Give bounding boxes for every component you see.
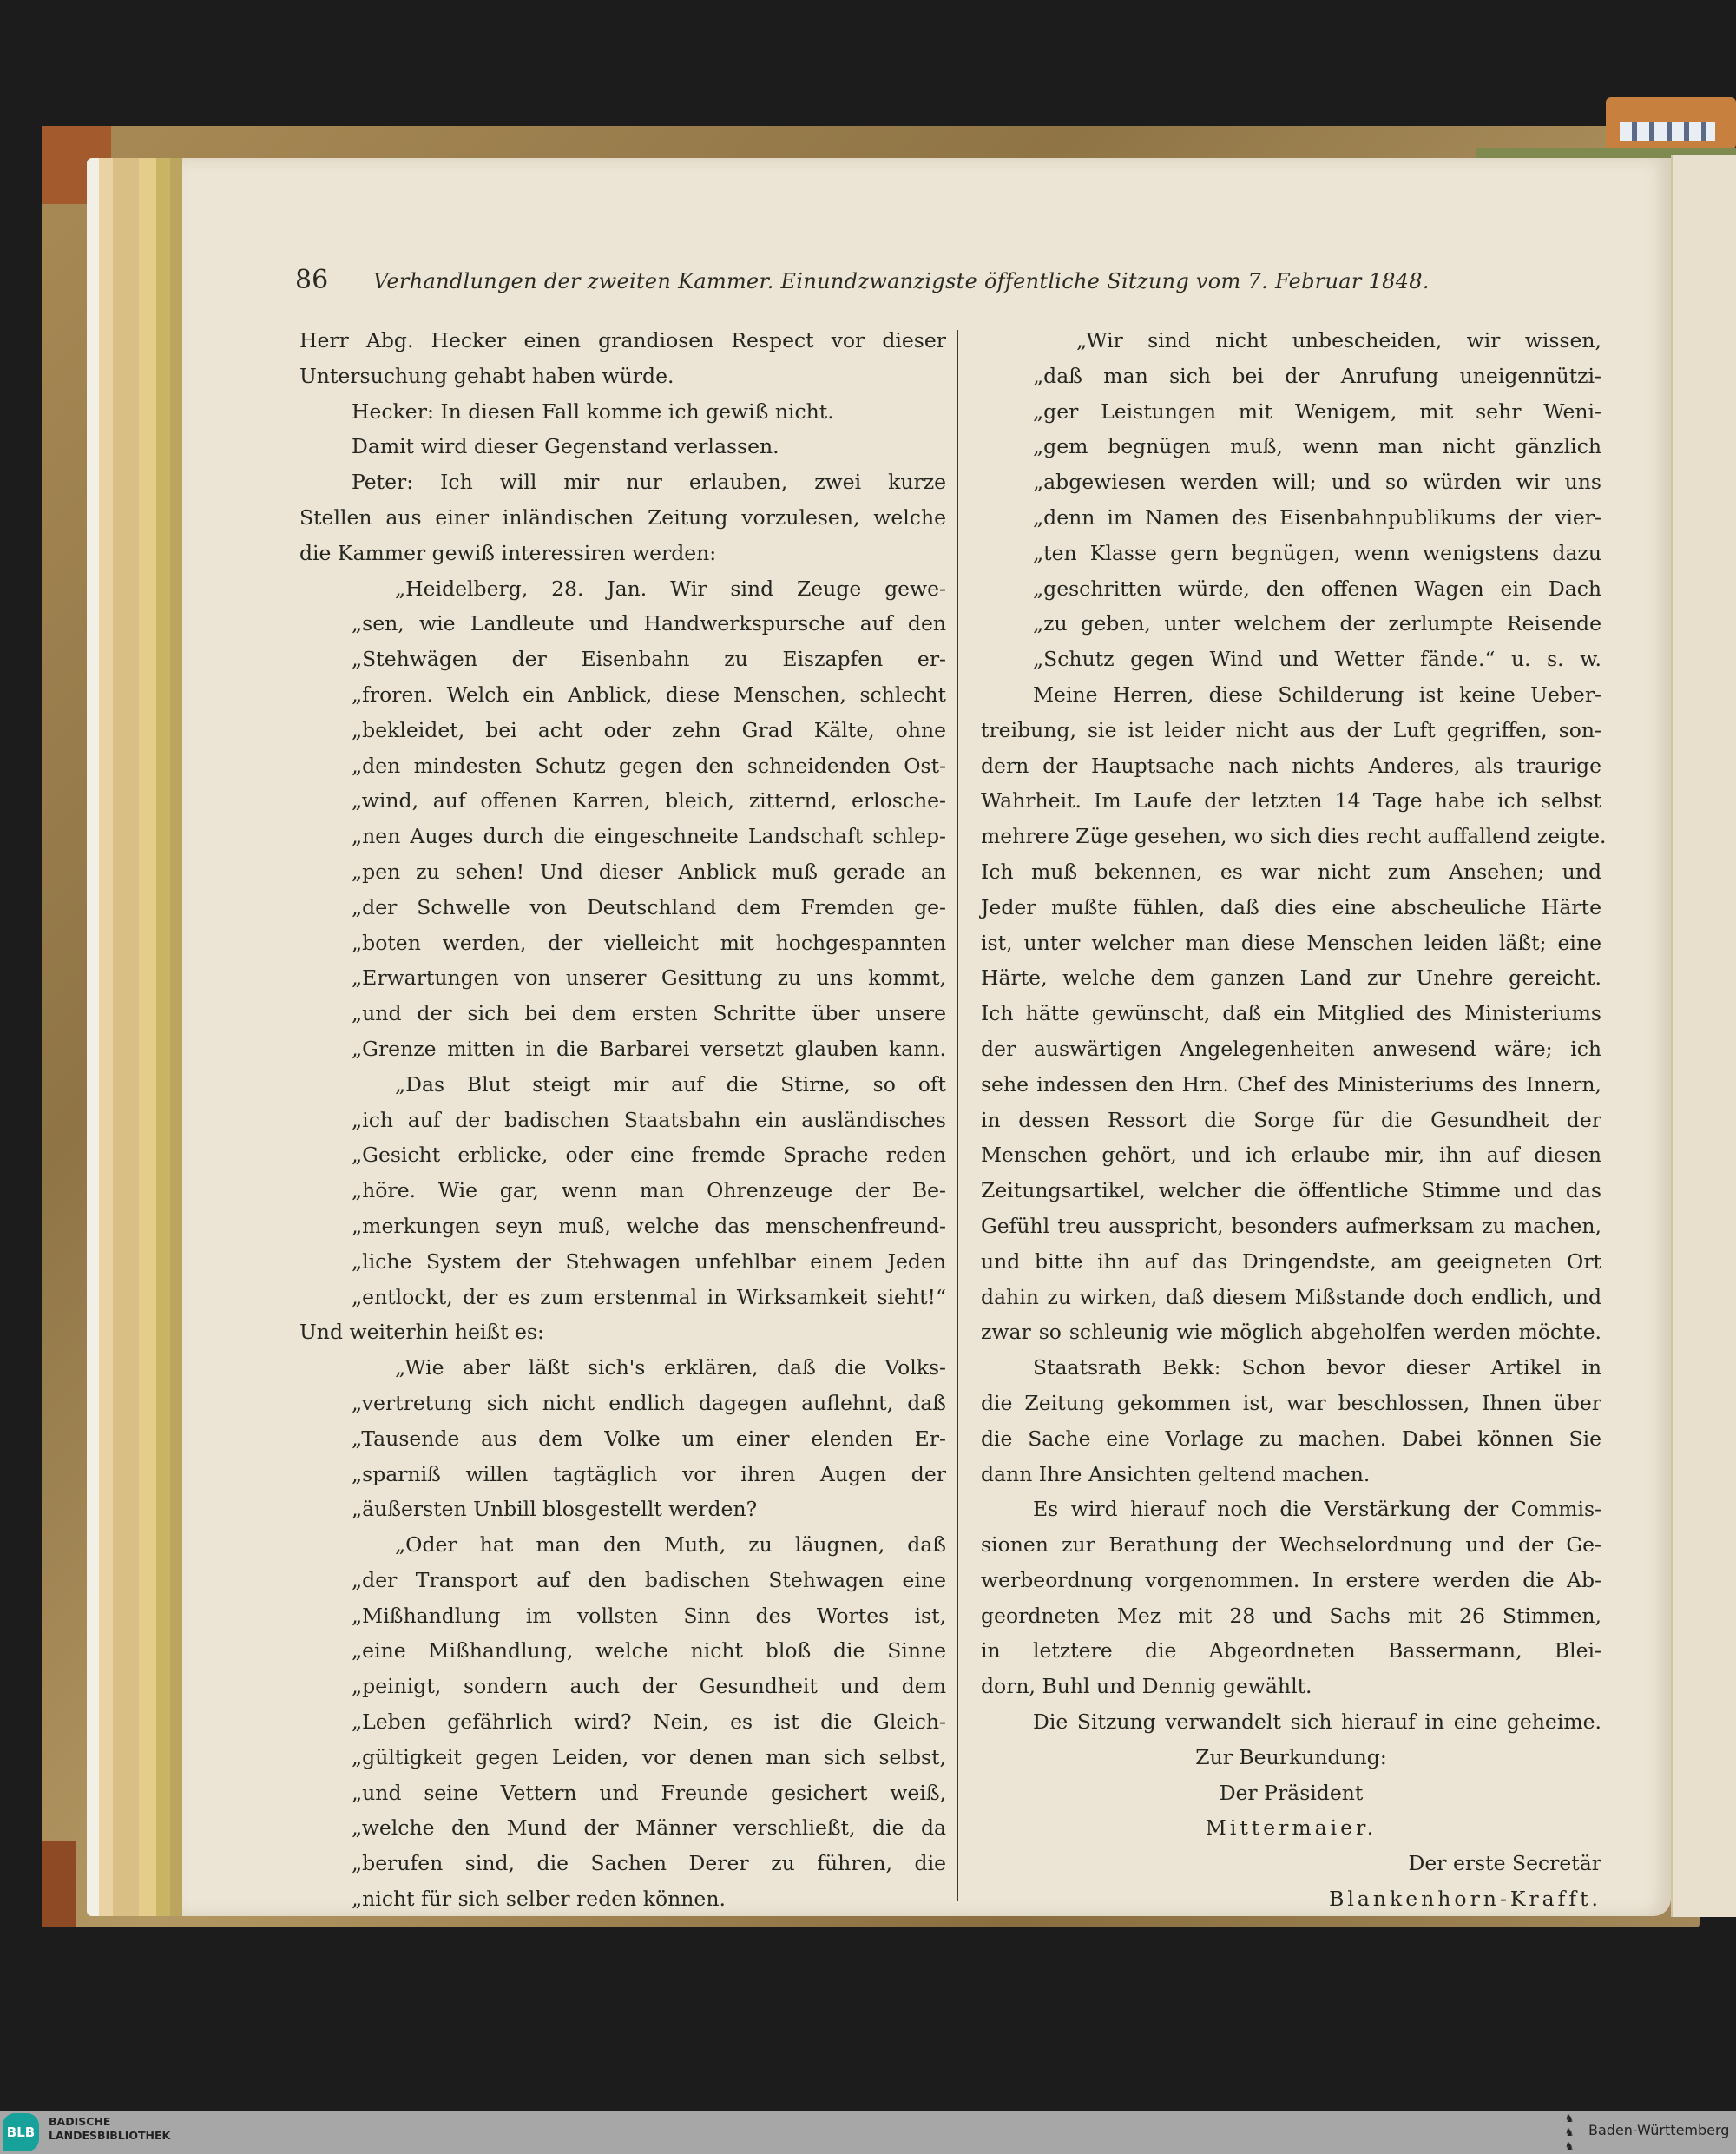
text-line: Stellen aus einer inländischen Zeitung v… <box>299 500 946 536</box>
left-column: Herr Abg. Hecker einen grandiosen Respec… <box>299 323 946 1917</box>
text-line: „zu geben, unter welchem der zerlumpte R… <box>981 606 1601 642</box>
president-title: Der Präsident <box>981 1775 1601 1811</box>
text-line: „der Schwelle von Deutschland dem Fremde… <box>299 890 946 925</box>
text-line: „höre. Wie gar, wenn man Ohrenzeuge der … <box>299 1173 946 1209</box>
text-line: Wahrheit. Im Laufe der letzten 14 Tage h… <box>981 783 1601 819</box>
text-line: „abgewiesen werden will; und so würden w… <box>981 464 1601 500</box>
column-divider <box>957 330 958 1901</box>
text-line: „ger Leistungen mit Wenigem, mit sehr We… <box>981 394 1601 430</box>
text-line: „liche System der Stehwagen unfehlbar ei… <box>299 1244 946 1280</box>
text-line: „Stehwägen der Eisenbahn zu Eiszapfen er… <box>299 642 946 677</box>
text-line: „berufen sind, die Sachen Derer zu führe… <box>299 1846 946 1881</box>
text-line: dahin zu wirken, daß diesem Mißstande do… <box>981 1280 1601 1315</box>
text-line: in letztere die Abgeordneten Bassermann,… <box>981 1633 1601 1669</box>
text-line: werbeordnung vorgenommen. In erstere wer… <box>981 1563 1601 1598</box>
right-column: „Wir sind nicht unbescheiden, wir wissen… <box>981 323 1601 1917</box>
text-line: „Wir sind nicht unbescheiden, wir wissen… <box>981 323 1601 359</box>
text-line: „ich auf der badischen Staatsbahn ein au… <box>299 1103 946 1138</box>
text-line: „sen, wie Landleute und Handwerkspursche… <box>299 606 946 642</box>
text-line: Untersuchung gehabt haben würde. <box>299 359 946 394</box>
library-name-line2: LANDESBIBLIOTHEK <box>49 2129 170 2143</box>
text-line: „ten Klasse gern begnügen, wenn wenigste… <box>981 536 1601 571</box>
text-line: Jeder mußte fühlen, daß dies eine absche… <box>981 890 1601 925</box>
text-line: die Kammer gewiß interessiren werden: <box>299 536 946 571</box>
text-line: in dessen Ressort die Sorge für die Gesu… <box>981 1103 1601 1138</box>
text-line: „Erwartungen von unserer Gesittung zu un… <box>299 960 946 996</box>
text-line: Menschen gehört, und ich erlaube mir, ih… <box>981 1137 1601 1173</box>
book-corner-leather-bottom <box>42 1841 76 1927</box>
text-line: Es wird hierauf noch die Verstärkung der… <box>981 1492 1601 1527</box>
text-line: sehe indessen den Hrn. Chef des Minister… <box>981 1067 1601 1103</box>
text-line: „Leben gefährlich wird? Nein, es ist die… <box>299 1704 946 1740</box>
text-line: „vertretung sich nicht endlich dagegen a… <box>299 1386 946 1421</box>
text-line: „nen Auges durch die eingeschneite Lands… <box>299 819 946 854</box>
text-line: Herr Abg. Hecker einen grandiosen Respec… <box>299 323 946 359</box>
text-line: geordneten Mez mit 28 und Sachs mit 26 S… <box>981 1598 1601 1634</box>
text-line: „gem begnügen muß, wenn man nicht gänzli… <box>981 429 1601 464</box>
text-line: „bekleidet, bei acht oder zehn Grad Kält… <box>299 713 946 748</box>
text-line: „Oder hat man den Muth, zu läugnen, daß <box>299 1527 946 1563</box>
text-line: „froren. Welch ein Anblick, diese Mensch… <box>299 677 946 713</box>
footer-bar <box>0 2111 1736 2154</box>
text-line: Gefühl treu ausspricht, besonders aufmer… <box>981 1209 1601 1244</box>
text-line: Und weiterhin heißt es: <box>299 1314 946 1350</box>
text-line: „Mißhandlung im vollsten Sinn des Wortes… <box>299 1598 946 1634</box>
text-line: die Sache eine Vorlage zu machen. Dabei … <box>981 1421 1601 1457</box>
text-line: sionen zur Berathung der Wechselordnung … <box>981 1527 1601 1563</box>
text-line: Die Sitzung verwandelt sich hierauf in e… <box>981 1704 1601 1740</box>
text-line: Ich hätte gewünscht, daß ein Mitglied de… <box>981 996 1601 1031</box>
text-line: mehrere Züge gesehen, wo sich dies recht… <box>981 819 1601 854</box>
text-line: Ich muß bekennen, es war nicht zum Anseh… <box>981 854 1601 890</box>
state-name[interactable]: Baden-Württemberg <box>1588 2122 1729 2138</box>
text-line: die Zeitung gekommen ist, war beschlosse… <box>981 1386 1601 1421</box>
text-line: „daß man sich bei der Anrufung uneigennü… <box>981 359 1601 394</box>
text-line: „Grenze mitten in die Barbarei versetzt … <box>299 1031 946 1067</box>
text-line: „der Transport auf den badischen Stehwag… <box>299 1563 946 1598</box>
text-line: Härte, welche dem ganzen Land zur Unehre… <box>981 960 1601 996</box>
text-line: Staatsrath Bekk: Schon bevor dieser Arti… <box>981 1350 1601 1386</box>
text-line: „sparniß willen tagtäglich vor ihren Aug… <box>299 1457 946 1492</box>
text-line: „entlockt, der es zum erstenmal in Wirks… <box>299 1280 946 1315</box>
text-line: Meine Herren, diese Schilderung ist kein… <box>981 677 1601 713</box>
running-head: 86 Verhandlungen der zweiten Kammer. Ein… <box>295 265 1476 300</box>
text-line: ist, unter welcher man diese Menschen le… <box>981 925 1601 961</box>
text-line: Zeitungsartikel, welcher die öffentliche… <box>981 1173 1601 1209</box>
text-line: „denn im Namen des Eisenbahnpublikums de… <box>981 500 1601 536</box>
text-line: „Tausende aus dem Volke um einer elenden… <box>299 1421 946 1457</box>
text-line: „boten werden, der vielleicht mit hochge… <box>299 925 946 961</box>
text-line: und bitte ihn auf das Dringendste, am ge… <box>981 1244 1601 1280</box>
running-head-title: Verhandlungen der zweiten Kammer. Einund… <box>373 269 1430 293</box>
text-line: „Schutz gegen Wind und Wetter fände.“ u.… <box>981 642 1601 677</box>
text-line: „und der sich bei dem ersten Schritte üb… <box>299 996 946 1031</box>
text-line: „merkungen seyn muß, welche das menschen… <box>299 1209 946 1244</box>
text-line: dorn, Buhl und Dennig gewählt. <box>981 1669 1601 1704</box>
facing-page-edge <box>1671 155 1736 1917</box>
text-line: „Wie aber läßt sich's erklären, daß die … <box>299 1350 946 1386</box>
text-line: zwar so schleunig wie möglich abgeholfen… <box>981 1314 1601 1350</box>
text-line: „geschritten würde, den offenen Wagen ei… <box>981 571 1601 607</box>
secretary-title: Der erste Secretär <box>981 1846 1601 1881</box>
text-line: „welche den Mund der Männer verschließt,… <box>299 1810 946 1846</box>
president-name: Mittermaier. <box>981 1810 1601 1846</box>
certification-line: Zur Beurkundung: <box>981 1740 1601 1775</box>
headband <box>1620 122 1715 141</box>
secretary-name: Blankenhorn-Krafft. <box>981 1881 1601 1917</box>
state-coat-of-arms-icon: ♞♞♞ <box>1556 2112 1582 2152</box>
text-line: „peinigt, sondern auch der Gesundheit un… <box>299 1669 946 1704</box>
text-line: „Das Blut steigt mir auf die Stirne, so … <box>299 1067 946 1103</box>
text-line: „eine Mißhandlung, welche nicht bloß die… <box>299 1633 946 1669</box>
text-line: treibung, sie ist leider nicht aus der L… <box>981 713 1601 748</box>
text-line: „wind, auf offenen Karren, bleich, zitte… <box>299 783 946 819</box>
text-line: „pen zu sehen! Und dieser Anblick muß ge… <box>299 854 946 890</box>
text-line: der auswärtigen Angelegenheiten anwesend… <box>981 1031 1601 1067</box>
text-line: dern der Hauptsache nach nichts Anderes,… <box>981 748 1601 784</box>
text-line: „Gesicht erblicke, oder eine fremde Spra… <box>299 1137 946 1173</box>
text-line: „äußersten Unbill blosgestellt werden? <box>299 1492 946 1527</box>
text-line: Damit wird dieser Gegenstand verlassen. <box>299 429 946 464</box>
text-line: dann Ihre Ansichten geltend machen. <box>981 1457 1601 1492</box>
text-line: „den mindesten Schutz gegen den schneide… <box>299 748 946 784</box>
text-line: Peter: Ich will mir nur erlauben, zwei k… <box>299 464 946 500</box>
blb-logo-icon[interactable]: BLB <box>3 2113 39 2151</box>
text-line: „Heidelberg, 28. Jan. Wir sind Zeuge gew… <box>299 571 946 607</box>
text-line: „und seine Vettern und Freunde gesichert… <box>299 1775 946 1811</box>
text-line: „nicht für sich selber reden können. <box>299 1881 946 1917</box>
library-name[interactable]: BADISCHE LANDESBIBLIOTHEK <box>49 2115 170 2143</box>
page-number: 86 <box>295 265 373 295</box>
text-line: „gültigkeit gegen Leiden, vor denen man … <box>299 1740 946 1775</box>
text-line: Hecker: In diesen Fall komme ich gewiß n… <box>299 394 946 430</box>
library-name-line1: BADISCHE <box>49 2115 170 2129</box>
page-stack-edge <box>87 158 182 1916</box>
